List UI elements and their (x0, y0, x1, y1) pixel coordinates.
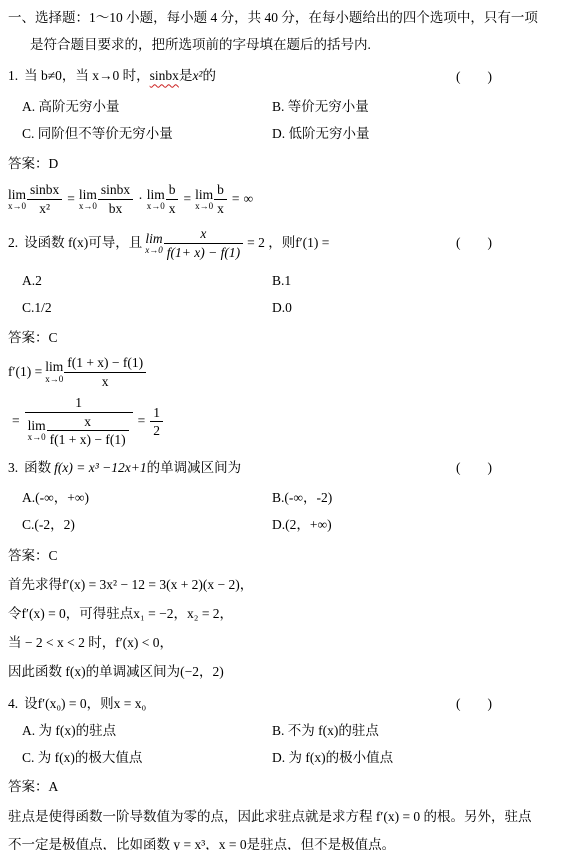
question-2-answer: 答案：C (8, 329, 564, 347)
question-2-text-pre: 设函数 f(x)可导，且 (24, 234, 142, 252)
limit-operator: limx→0 (195, 188, 213, 212)
nested-denominator: limx→0 xf(1 + x) − f(1) (25, 413, 133, 449)
question-2-options-row2: C.1/2 D.0 (22, 299, 564, 317)
question-4-answer: 答案：A (8, 778, 564, 796)
equals-sign: = (8, 412, 24, 430)
derivative-lhs: f′(1) = (8, 363, 42, 381)
question-1-x-squared: x² (192, 67, 202, 85)
equals-sign: = (63, 190, 79, 208)
fraction: sinbxx² (27, 181, 62, 217)
fraction: bx (214, 181, 227, 217)
question-2-option-a: A.2 (22, 272, 272, 290)
question-3-solution-line2: 令f′(x) = 0，可得驻点x₁ = −2，x₂ = 2， (8, 605, 564, 623)
question-1-sinbx-term: sinbx (150, 67, 179, 85)
question-4-stem: 4. 设f′(x₀) = 0，则x = x₀ ( ) (8, 695, 564, 713)
big-fraction: 1 limx→0 xf(1 + x) − f(1) (25, 394, 133, 449)
question-3-function-formula: f(x) = x³ −12x+1 (51, 459, 146, 477)
question-3-stem: 3. 函数 f(x) = x³ −12x+1 的单调减区间为 ( ) (8, 459, 564, 477)
question-4-option-b: B. 不为 f(x)的驻点 (272, 722, 564, 740)
question-4-option-c: C. 为 f(x)的极大值点 (22, 749, 272, 767)
question-2-options-row1: A.2 B.1 (22, 272, 564, 290)
question-3-text-post: 的单调减区间为 (147, 459, 242, 477)
equals-sign: = (134, 412, 150, 430)
question-2-answer-brackets: ( ) (456, 234, 492, 252)
limit-operator: limx→0 (42, 360, 63, 384)
question-4-option-d: D. 为 f(x)的极小值点 (272, 749, 564, 767)
question-2-option-b: B.1 (272, 272, 564, 290)
dot-operator: · (134, 190, 147, 208)
question-4-number: 4. (8, 695, 18, 713)
question-3-solution-line3: 当 − 2 < x < 2 时，f′(x) < 0， (8, 634, 564, 652)
question-4-text: 设f′(x₀) = 0，则x = x₀ (24, 695, 146, 713)
fraction: f(1 + x) − f(1)x (64, 354, 146, 390)
question-1-option-b: B. 等价无穷小量 (272, 98, 564, 116)
nested-fraction: xf(1 + x) − f(1) (47, 413, 129, 449)
fraction: bx (166, 181, 179, 217)
question-4-answer-brackets: ( ) (456, 695, 492, 713)
question-1-option-c: C. 同阶但不等价无穷小量 (22, 125, 272, 143)
question-3-number: 3. (8, 459, 18, 477)
question-3-solution-line4: 因此函数 f(x)的单调减区间为(−2，2) (8, 663, 564, 681)
fraction: 12 (150, 404, 163, 440)
question-1-text-mid: 是 (179, 67, 193, 85)
question-1-answer: 答案：D (8, 155, 564, 173)
question-3-answer-brackets: ( ) (456, 459, 492, 477)
question-1-stem: 1. 当 b≠0，当 x→0 时， sinbx 是 x² 的 ( ) (8, 67, 564, 85)
exam-document: 一、选择题：1～10 小题，每小题 4 分，共 40 分，在每小题给出的四个选项… (0, 0, 572, 850)
infinity-symbol: ∞ (243, 190, 253, 208)
question-3-solution-line1: 首先求得f′(x) = 3x² − 12 = 3(x + 2)(x − 2)， (8, 576, 564, 594)
fraction: sinbxbx (98, 181, 133, 217)
question-3-options-row1: A.(-∞，+∞) B.(-∞，-2) (22, 489, 564, 507)
question-2-number: 2. (8, 234, 18, 252)
question-3-option-d: D.(2，+∞) (272, 516, 564, 534)
equals-sign: = (179, 190, 195, 208)
equals-sign: = (228, 190, 244, 208)
question-4-option-a: A. 为 f(x)的驻点 (22, 722, 272, 740)
question-2-solution-line2: = 1 limx→0 xf(1 + x) − f(1) = 12 (8, 394, 564, 449)
question-1-answer-brackets: ( ) (456, 67, 492, 85)
question-2-option-c: C.1/2 (22, 299, 272, 317)
question-1-text-pre: 当 b≠0，当 x→0 时， (24, 67, 150, 85)
question-2-text-post: = 2 ，则f′(1) = (244, 234, 329, 252)
question-3-option-c: C.(-2，2) (22, 516, 272, 534)
question-2-solution-line1: f′(1) = limx→0 f(1 + x) − f(1)x (8, 354, 564, 390)
question-4-explanation-line1: 驻点是使得函数一阶导数值为零的点，因此求驻点就是求方程 f′(x) = 0 的根… (8, 808, 564, 826)
limit-operator: limx→0 (142, 232, 163, 256)
question-3-options-row2: C.(-2，2) D.(2，+∞) (22, 516, 564, 534)
limit-operator: limx→0 (79, 188, 97, 212)
question-1-solution-formula: limx→0 sinbxx² = limx→0 sinbxbx · limx→0… (8, 181, 564, 217)
question-3-option-a: A.(-∞，+∞) (22, 489, 272, 507)
section-header-line1: 一、选择题：1～10 小题，每小题 4 分，共 40 分，在每小题给出的四个选项… (8, 9, 564, 27)
question-1-text-post: 的 (202, 67, 216, 85)
limit-operator: limx→0 (28, 419, 46, 443)
question-1-options-row1: A. 高阶无穷小量 B. 等价无穷小量 (22, 98, 564, 116)
question-2-option-d: D.0 (272, 299, 564, 317)
question-3-answer: 答案：C (8, 547, 564, 565)
limit-operator: limx→0 (8, 188, 26, 212)
limit-operator: limx→0 (147, 188, 165, 212)
question-4-explanation-line2: 不一定是极值点，比如函数 y = x³，x = 0是驻点，但不是极值点。 (8, 836, 564, 850)
question-1-option-a: A. 高阶无穷小量 (22, 98, 272, 116)
question-4-options-row2: C. 为 f(x)的极大值点 D. 为 f(x)的极小值点 (22, 749, 564, 767)
question-3-option-b: B.(-∞，-2) (272, 489, 564, 507)
question-3-text-pre: 函数 (24, 459, 51, 477)
question-4-options-row1: A. 为 f(x)的驻点 B. 不为 f(x)的驻点 (22, 722, 564, 740)
question-1-options-row2: C. 同阶但不等价无穷小量 D. 低阶无穷小量 (22, 125, 564, 143)
question-1-option-d: D. 低阶无穷小量 (272, 125, 564, 143)
section-header-line2: 是符合题目要求的，把所选项前的字母填在题后的括号内. (30, 36, 564, 54)
fraction: xf(1+ x) − f(1) (164, 225, 243, 261)
question-1-number: 1. (8, 67, 18, 85)
question-2-stem: 2. 设函数 f(x)可导，且 limx→0 xf(1+ x) − f(1) =… (8, 225, 564, 261)
